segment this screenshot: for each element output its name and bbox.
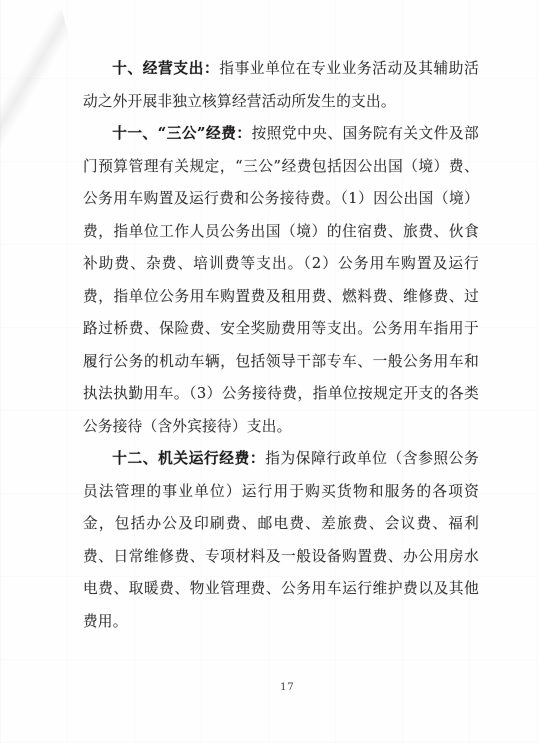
paragraph-heading: 十、经营支出：: [112, 60, 219, 77]
paragraph-heading: 十二、机关运行经费：: [112, 450, 265, 467]
paragraph-text: 指为保障行政单位（含参照公务员法管理的事业单位）运行用于购买货物和服务的各项资金…: [83, 450, 479, 630]
page-number: 17: [280, 681, 294, 693]
paragraph-operating-expenditure: 十、经营支出：指事业单位在专业业务活动及其辅助活动之外开展非独立核算经营活动所发…: [83, 53, 479, 118]
document-body: 十、经营支出：指事业单位在专业业务活动及其辅助活动之外开展非独立核算经营活动所发…: [83, 53, 479, 638]
paragraph-text: 按照党中央、国务院有关文件及部门预算管理有关规定，“三公”经费包括因公出国（境）…: [83, 125, 479, 435]
paragraph-agency-operating-funds: 十二、机关运行经费：指为保障行政单位（含参照公务员法管理的事业单位）运行用于购买…: [83, 443, 479, 638]
paragraph-heading: 十一、“三公”经费：: [112, 125, 251, 142]
scan-crease-mark: [0, 10, 91, 151]
scanned-document-page: 十、经营支出：指事业单位在专业业务活动及其辅助活动之外开展非独立核算经营活动所发…: [0, 0, 539, 743]
paragraph-three-public-funds: 十一、“三公”经费：按照党中央、国务院有关文件及部门预算管理有关规定，“三公”经…: [83, 118, 479, 443]
